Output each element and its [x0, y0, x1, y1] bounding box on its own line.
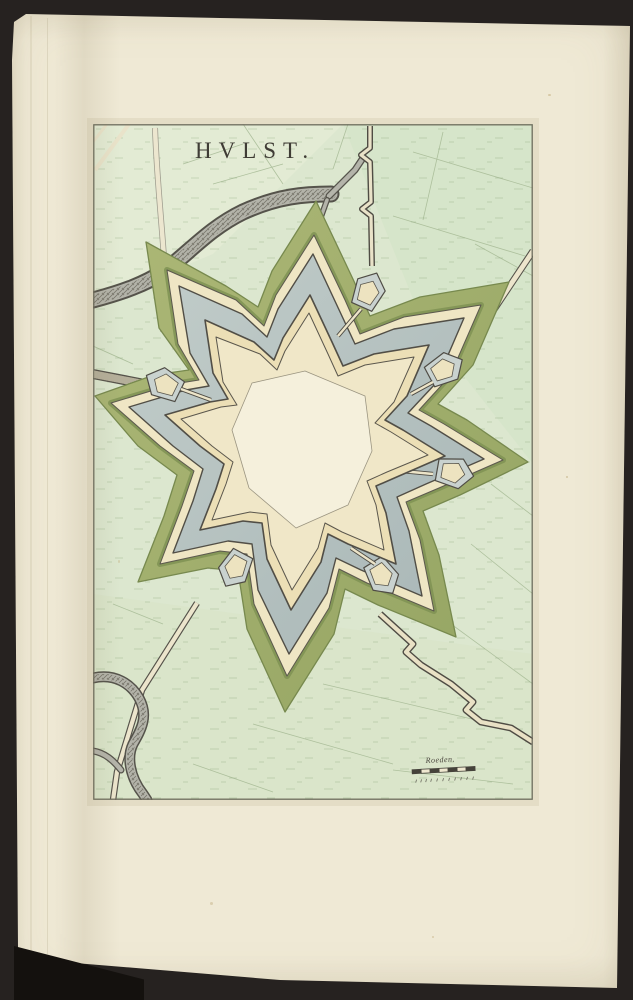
map-plate: HVLST. Roeden.: [93, 124, 533, 800]
page-stack-edge-line: [30, 16, 32, 954]
foxing-spot: [548, 94, 551, 96]
foxing-spot: [566, 476, 568, 478]
foxing-spot: [210, 902, 213, 905]
foxing-spot: [118, 560, 120, 563]
map-title: HVLST.: [195, 138, 315, 163]
scanned-atlas-screenshot: { "page": { "background_color": "#262220…: [0, 0, 633, 1000]
foxing-spot: [432, 936, 434, 938]
scale-bar-label: Roeden.: [424, 755, 455, 766]
map-plate-svg: HVLST. Roeden.: [93, 124, 533, 800]
page-stack-edge-line: [47, 18, 48, 954]
book-page: HVLST. Roeden.: [0, 0, 633, 1000]
